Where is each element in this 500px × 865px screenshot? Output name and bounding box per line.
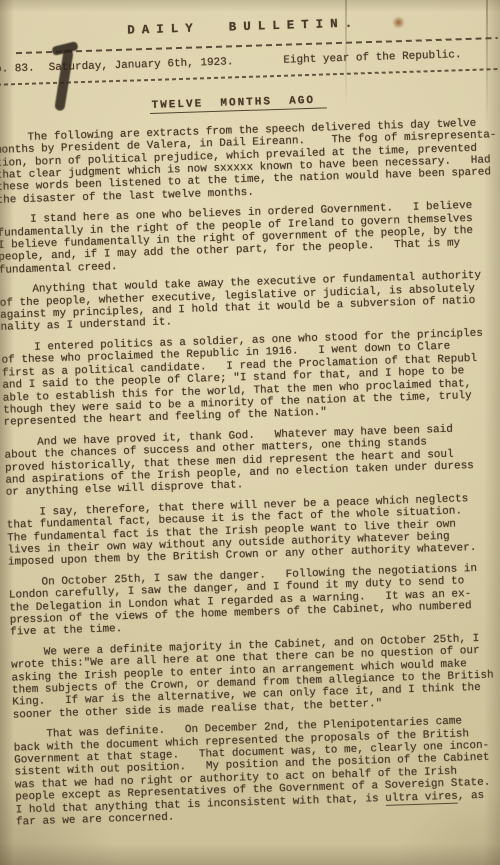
paragraph: The following are extracts from the spee… [0,117,500,207]
issue-number: No. 83. [0,63,35,76]
paragraph-closing: That was definite. On December 2nd, the … [13,714,500,829]
document-content: DAILY BULLETIN. No. 83. Saturday, Januar… [0,0,500,837]
article-body: The following are extracts from the spee… [0,117,500,829]
section-heading: TWELVE MONTHS AGO [149,94,327,114]
paragraph: On October 25th, I saw the danger. Follo… [8,561,500,639]
republic-year-label: Eight year of the Republic. [283,49,462,67]
paragraph: I stand here as one who believes in orde… [0,199,500,277]
paragraph: I say, therefore, that there will never … [6,492,500,570]
paragraph: Anything that would take away the execut… [0,269,500,335]
bulletin-title: DAILY BULLETIN. [0,12,499,42]
stain-spot [392,16,405,29]
pen-mark [50,40,88,118]
emphasis-ultra-vires: ultra vires [385,790,458,805]
fold-crease [345,0,347,108]
pen-mark-tail [54,49,74,112]
paragraph: I entered politics as a soldier, as one … [1,327,500,430]
bulletin-page: DAILY BULLETIN. No. 83. Saturday, Januar… [0,0,500,865]
paragraph: We were a definite majority in the Cabin… [11,631,500,721]
paragraph: And we have proved it, thank God. Whatev… [4,422,500,500]
paper-edge-line [486,0,488,125]
section-heading-row: TWELVE MONTHS AGO [149,84,500,113]
